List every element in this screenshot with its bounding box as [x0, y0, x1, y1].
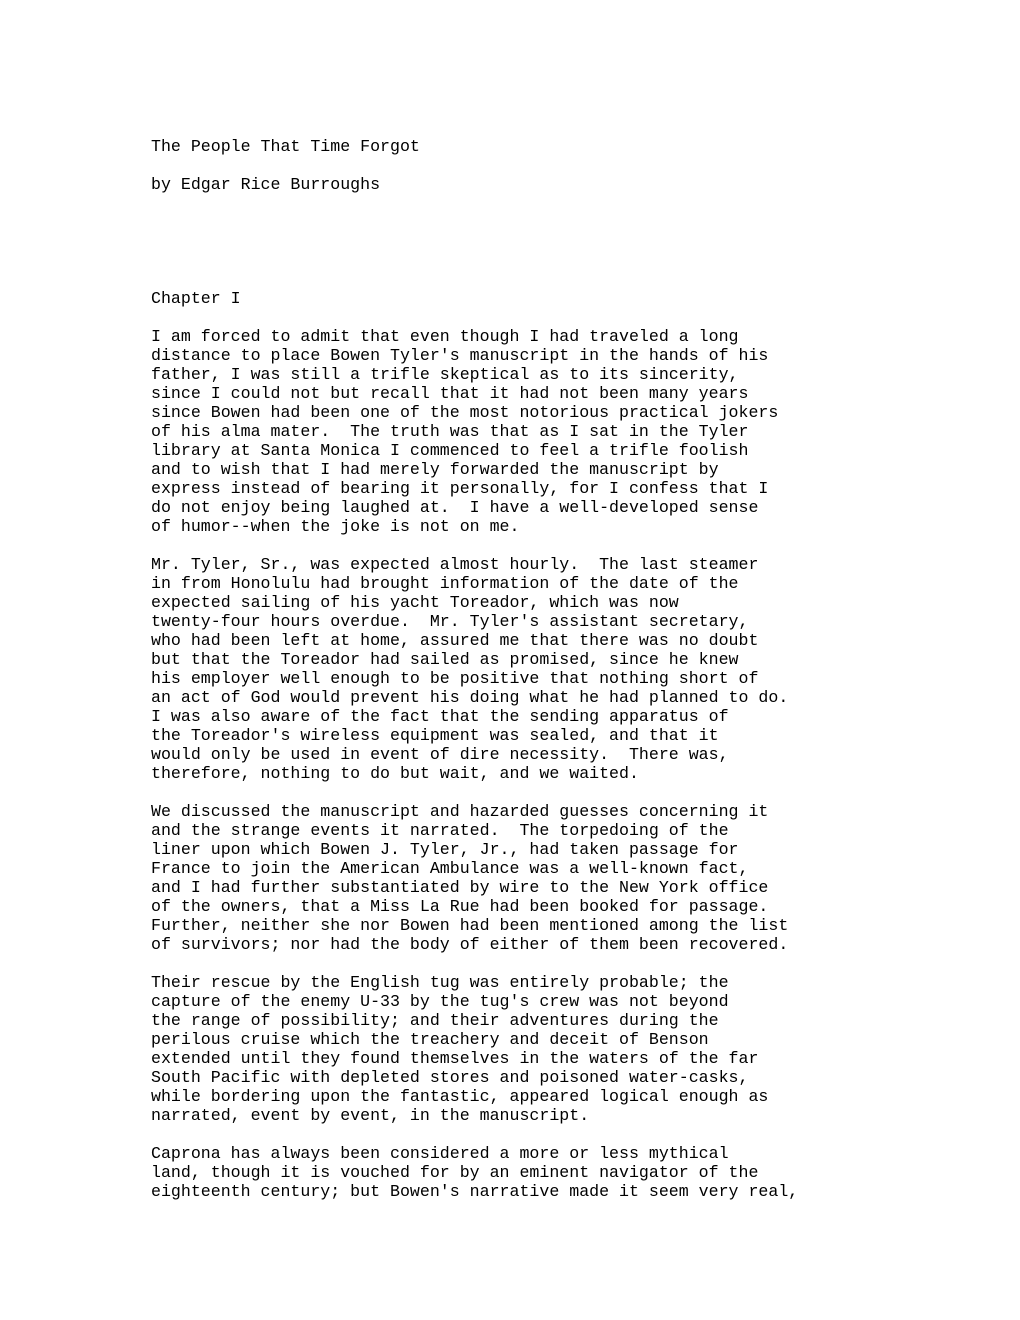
author-byline: by Edgar Rice Burroughs: [151, 175, 960, 194]
paragraph-5: Caprona has always been considered a mor…: [151, 1144, 960, 1201]
paragraph-3: We discussed the manuscript and hazarded…: [151, 802, 960, 954]
paragraph-1: I am forced to admit that even though I …: [151, 327, 960, 536]
chapter-heading: Chapter I: [151, 289, 960, 308]
book-title: The People That Time Forgot: [151, 137, 960, 156]
paragraph-2: Mr. Tyler, Sr., was expected almost hour…: [151, 555, 960, 783]
document-page: The People That Time Forgot by Edgar Ric…: [0, 0, 1020, 1320]
paragraph-4: Their rescue by the English tug was enti…: [151, 973, 960, 1125]
